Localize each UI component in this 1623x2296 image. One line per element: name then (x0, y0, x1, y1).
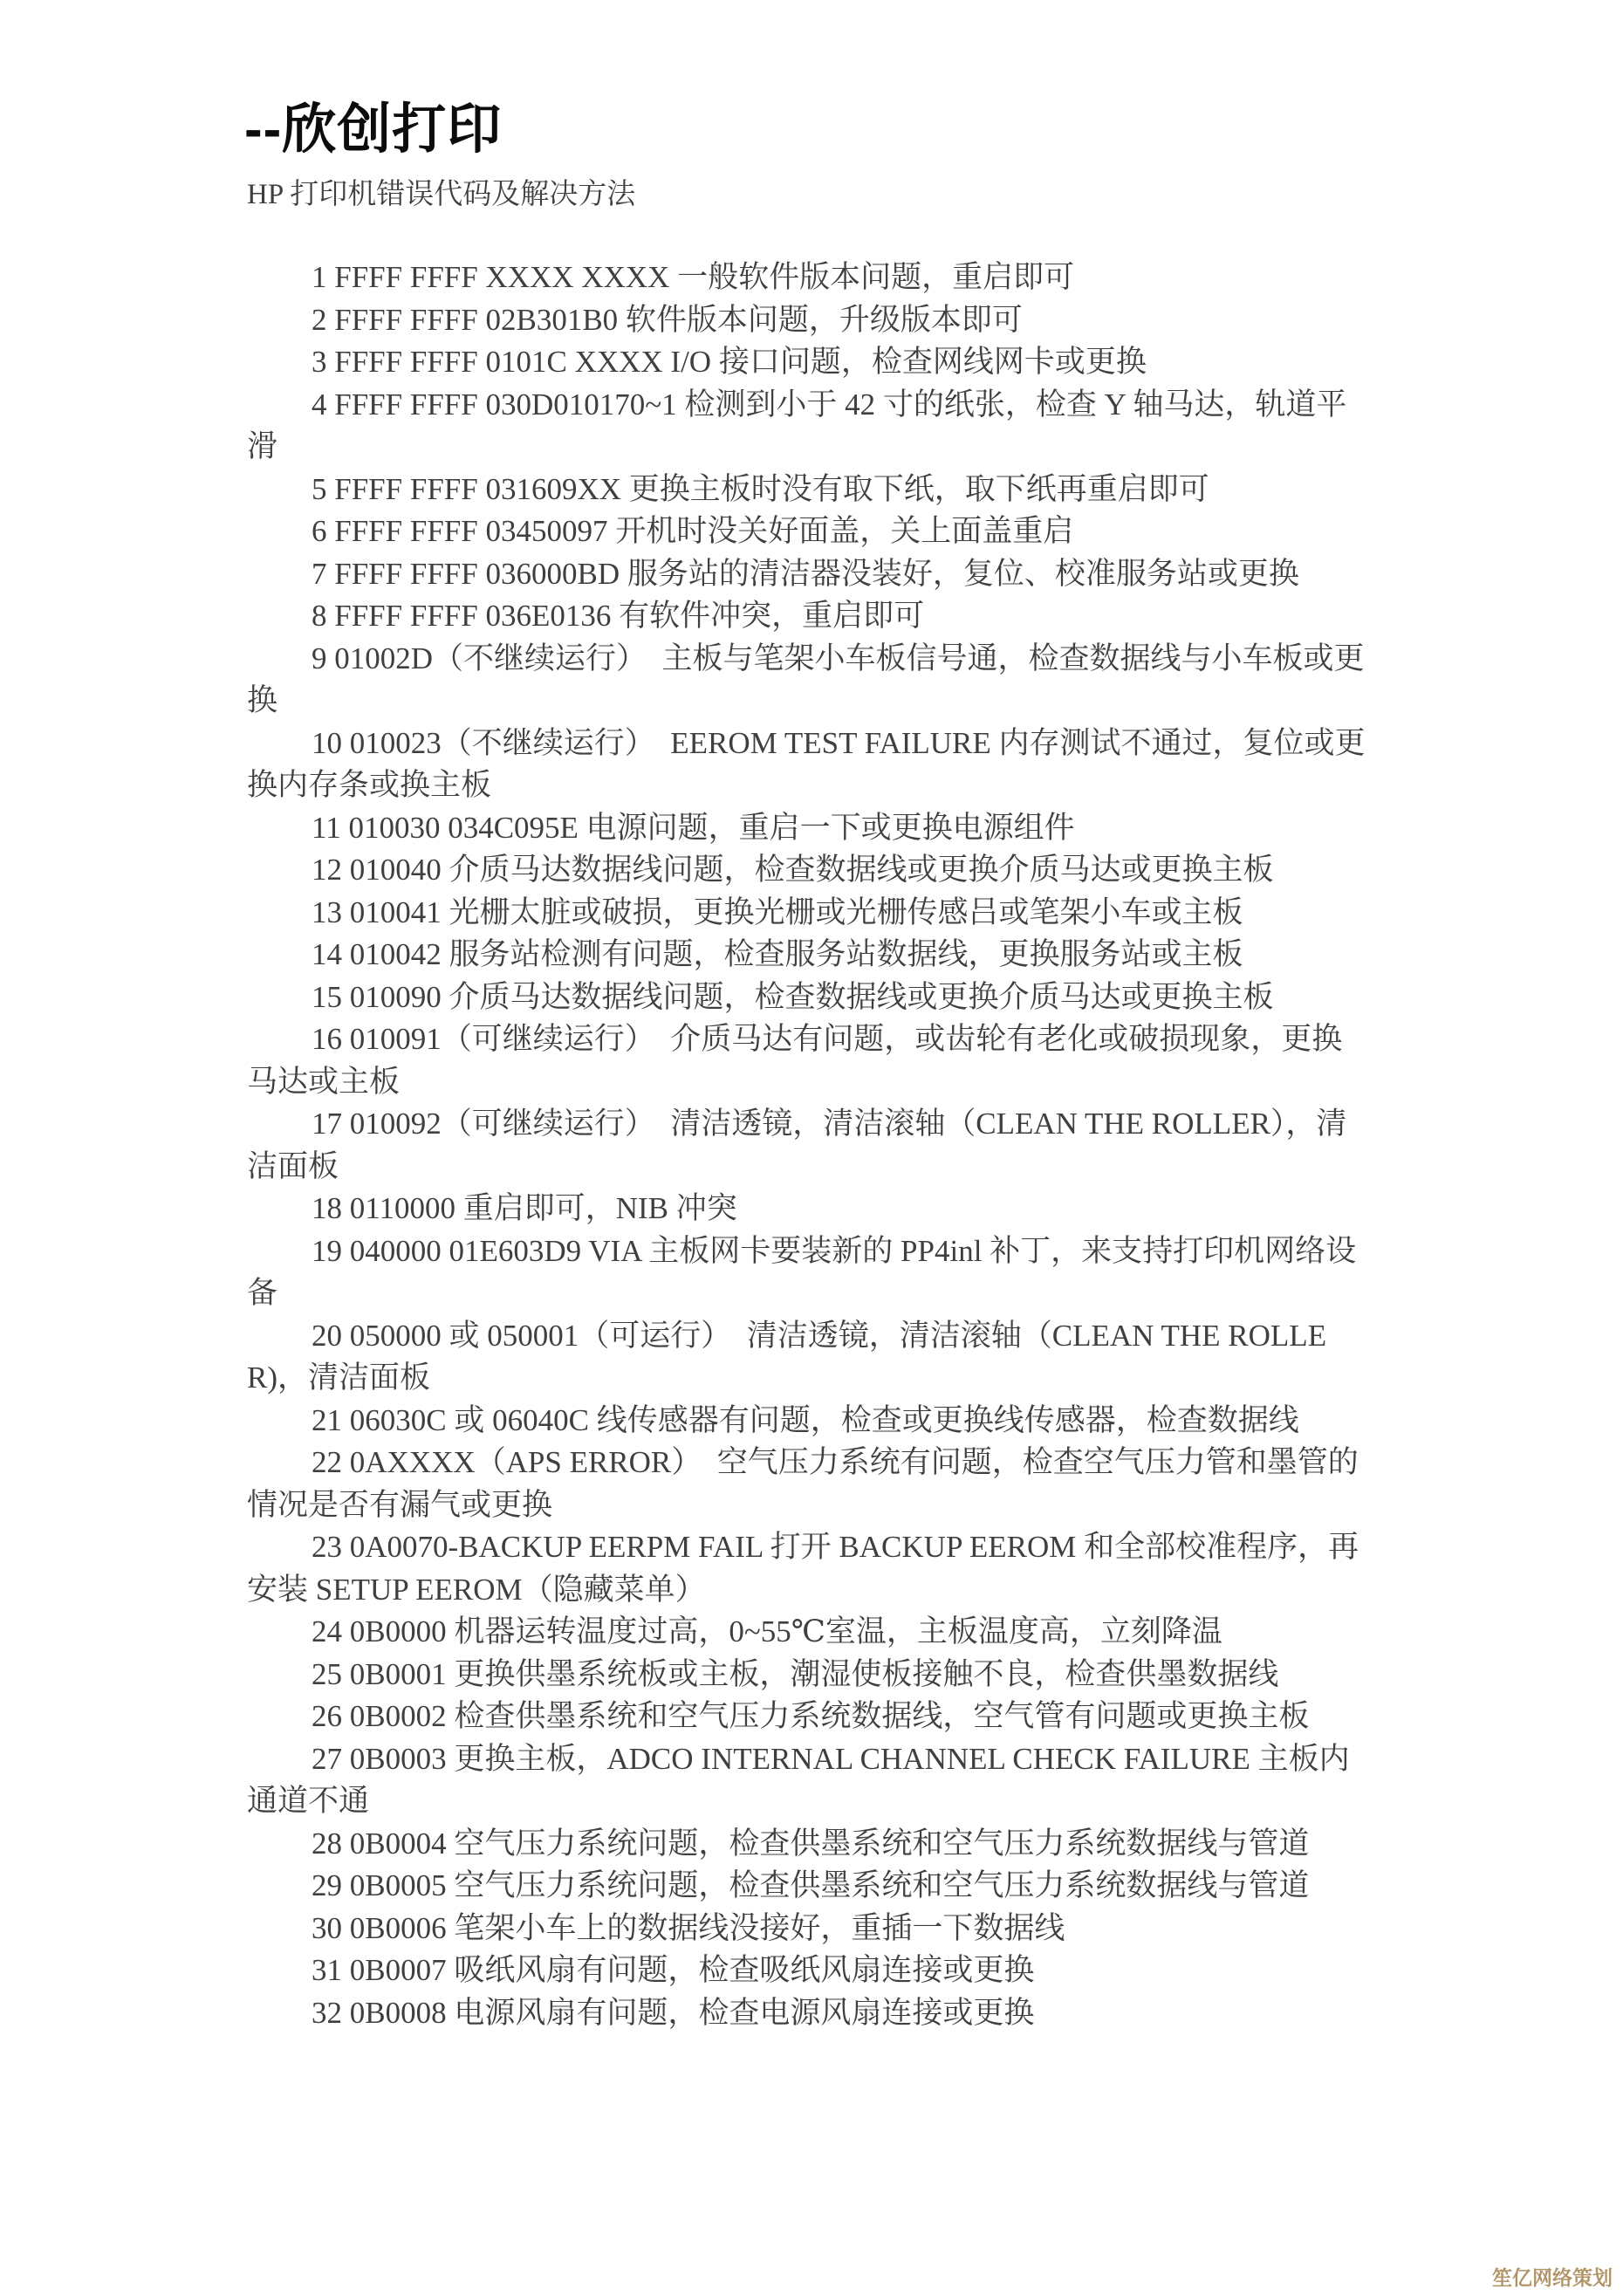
error-item-12: 12 010040 介质马达数据线问题，检查数据线或更换介质马达或更换主板 (247, 849, 1368, 892)
page-title: --欣创打印 (244, 86, 502, 163)
error-item-18: 18 0110000 重启即可，NIB 冲突 (247, 1188, 1368, 1230)
error-item-7: 7 FFFF FFFF 036000BD 服务站的清洁器没装好，复位、校准服务站… (247, 553, 1368, 596)
error-item-1: 1 FFFF FFFF XXXX XXXX 一般软件版本问题，重启即可 (247, 257, 1368, 299)
error-item-4: 4 FFFF FFFF 030D010170~1 检测到小于 42 寸的纸张，检… (247, 384, 1368, 469)
error-item-25: 25 0B0001 更换供墨系统板或主板，潮湿使板接触不良，检查供墨数据线 (247, 1654, 1368, 1696)
error-item-11: 11 010030 034C095E 电源问题，重启一下或更换电源组件 (247, 807, 1368, 850)
error-item-14: 14 010042 服务站检测有问题，检查服务站数据线，更换服务站或主板 (247, 934, 1368, 977)
error-item-3: 3 FFFF FFFF 0101C XXXX I/O 接口问题，检查网线网卡或更… (247, 341, 1368, 384)
error-item-2: 2 FFFF FFFF 02B301B0 软件版本问题，升级版本即可 (247, 299, 1368, 342)
error-item-9: 9 01002D（不继续运行） 主板与笔架小车板信号通，检查数据线与小车板或更换 (247, 638, 1368, 723)
error-item-32: 32 0B0008 电源风扇有问题，检查电源风扇连接或更换 (247, 1992, 1368, 2035)
error-item-22: 22 0AXXXX（APS ERROR） 空气压力系统有问题，检查空气压力管和墨… (247, 1442, 1368, 1526)
error-item-29: 29 0B0005 空气压力系统问题，检查供墨系统和空气压力系统数据线与管道 (247, 1865, 1368, 1908)
error-item-8: 8 FFFF FFFF 036E0136 有软件冲突，重启即可 (247, 595, 1368, 638)
error-item-21: 21 06030C 或 06040C 线传感器有问题，检查或更换线传感器，检查数… (247, 1400, 1368, 1443)
error-item-6: 6 FFFF FFFF 03450097 开机时没关好面盖，关上面盖重启 (247, 511, 1368, 553)
error-item-20: 20 050000 或 050001（可运行） 清洁透镜，清洁滚轴（CLEAN … (247, 1315, 1368, 1400)
document-page: --欣创打印 HP 打印机错误代码及解决方法 1 FFFF FFFF XXXX … (0, 0, 1623, 2296)
error-item-27: 27 0B0003 更换主板，ADCO INTERNAL CHANNEL CHE… (247, 1738, 1368, 1823)
error-item-28: 28 0B0004 空气压力系统问题，检查供墨系统和空气压力系统数据线与管道 (247, 1823, 1368, 1866)
document-subtitle: HP 打印机错误代码及解决方法 (247, 171, 635, 212)
error-item-24: 24 0B0000 机器运转温度过高，0~55℃室温，主板温度高，立刻降温 (247, 1611, 1368, 1654)
error-code-list: 1 FFFF FFFF XXXX XXXX 一般软件版本问题，重启即可 2 FF… (247, 257, 1368, 2034)
error-item-10: 10 010023（不继续运行） EEROM TEST FAILURE 内存测试… (247, 723, 1368, 807)
error-item-17: 17 010092（可继续运行） 清洁透镜，清洁滚轴（CLEAN THE ROL… (247, 1103, 1368, 1188)
error-item-16: 16 010091（可继续运行） 介质马达有问题，或齿轮有老化或破损现象，更换马… (247, 1018, 1368, 1103)
error-item-30: 30 0B0006 笔架小车上的数据线没接好，重插一下数据线 (247, 1908, 1368, 1950)
error-item-19: 19 040000 01E603D9 VIA 主板网卡要装新的 PP4inl 补… (247, 1230, 1368, 1315)
error-item-13: 13 010041 光栅太脏或破损，更换光栅或光栅传感吕或笔架小车或主板 (247, 892, 1368, 935)
watermark: 笙亿网络策划 (1492, 2262, 1613, 2291)
error-item-23: 23 0A0070-BACKUP EERPM FAIL 打开 BACKUP EE… (247, 1526, 1368, 1611)
error-item-26: 26 0B0002 检查供墨系统和空气压力系统数据线，空气管有问题或更换主板 (247, 1696, 1368, 1738)
error-item-31: 31 0B0007 吸纸风扇有问题，检查吸纸风扇连接或更换 (247, 1950, 1368, 1992)
error-item-5: 5 FFFF FFFF 031609XX 更换主板时没有取下纸，取下纸再重启即可 (247, 469, 1368, 511)
error-item-15: 15 010090 介质马达数据线问题，检查数据线或更换介质马达或更换主板 (247, 977, 1368, 1019)
